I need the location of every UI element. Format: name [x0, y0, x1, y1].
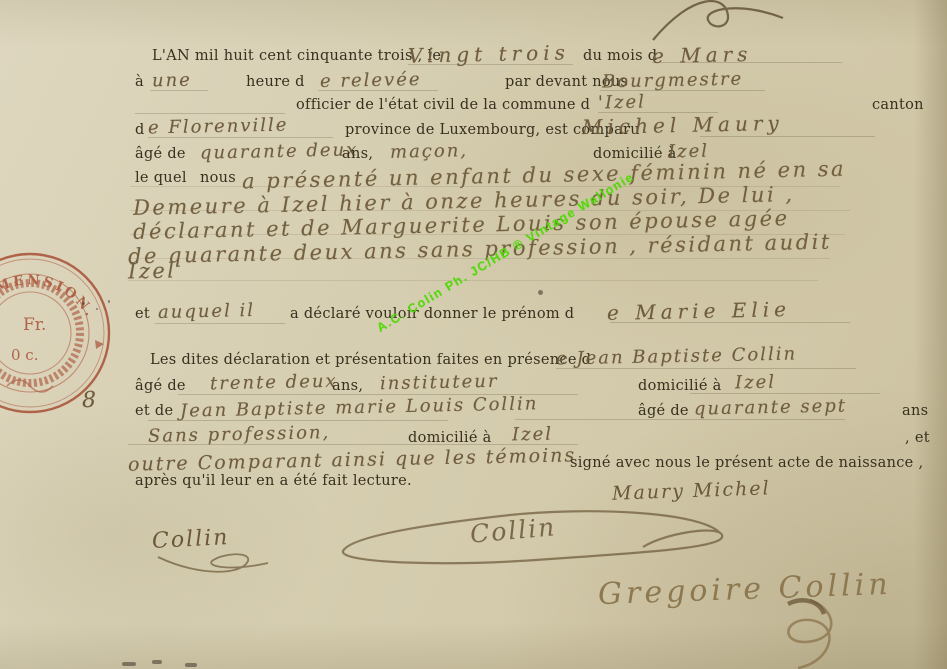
printed-d: d	[135, 122, 145, 138]
entry-officer-title: Bourgmestre	[602, 69, 744, 93]
entry-commune: 'Izel	[598, 92, 646, 114]
entry-witness2-age: quarante sept	[694, 395, 847, 419]
entry-father-profession: maçon,	[390, 140, 468, 163]
paraph-mark-icon	[648, 0, 818, 45]
entry-hour: une	[152, 70, 192, 92]
ink-speck	[122, 662, 136, 666]
entry-witness1-profession: instituteur	[380, 371, 499, 394]
printed-ans-2: ans,	[332, 378, 363, 394]
entry-father-name: Michel Maury	[582, 111, 784, 139]
blank-rule	[515, 419, 845, 420]
printed-domicilie-a-2: domicilié à	[638, 378, 722, 394]
entry-declaration-5: Izel	[128, 258, 177, 283]
printed-et-2: , et	[905, 430, 930, 446]
entry-child-name: e Marie Elie	[607, 297, 791, 325]
printed-commune-line: officier de l'état civil de la commune d	[296, 97, 590, 113]
signature-witness1-flourish	[150, 545, 280, 580]
ink-speck	[96, 308, 98, 310]
birth-certificate-document: L'AN mil huit cent cinquante trois , le …	[0, 0, 947, 669]
printed-heure-d: heure d	[246, 74, 305, 90]
stamp-value-cents: 0 c.	[11, 346, 38, 364]
printed-canton: canton	[872, 97, 924, 113]
printed-ans-3: ans	[902, 403, 928, 419]
printed-lequel: le quel	[135, 170, 187, 186]
signature-registrar-flourish	[748, 596, 868, 669]
printed-du-mois: du mois d	[583, 48, 657, 64]
blank-rule	[700, 136, 875, 137]
ink-speck	[82, 302, 85, 305]
entry-witness2-name: Jean Baptiste marie Louis Collin	[180, 393, 539, 422]
ink-speck	[538, 290, 543, 295]
printed-ans: ans,	[342, 146, 373, 162]
margin-number: 8	[82, 388, 99, 413]
entry-witness1-name: e Jean Baptiste Collin	[556, 343, 797, 369]
printed-et-de: et de	[135, 403, 173, 419]
entry-day: Vingt trois	[408, 40, 570, 67]
entry-witness2-residence: Izel	[512, 424, 553, 446]
printed-prenom-line: a déclaré vouloir donner le prénom d	[290, 306, 574, 322]
printed-nous: nous	[200, 170, 236, 186]
printed-witness-intro: Les dites déclaration et présentation fa…	[150, 352, 591, 368]
printed-signe-line: signé avec nous le présent acte de naiss…	[570, 455, 923, 471]
ink-speck	[185, 663, 197, 667]
entry-hour-period: e relevée	[320, 69, 422, 92]
printed-lecture-line: après qu'il leur en a été fait lecture.	[135, 473, 412, 489]
entry-father-age: quarante deux	[200, 139, 359, 163]
printed-age-de: âgé de	[135, 146, 186, 162]
printed-age-de-2: âgé de	[135, 378, 186, 394]
printed-et: et	[135, 306, 150, 322]
blank-rule	[135, 113, 285, 114]
blank-rule	[155, 323, 285, 324]
printed-age-de-3: âgé de	[638, 403, 689, 419]
stamp-value-francs: Fr.	[23, 315, 46, 335]
printed-a: à	[135, 74, 144, 90]
entry-canton-name: e Florenville	[148, 115, 289, 139]
ink-speck	[108, 300, 110, 303]
entry-auquel: auquel il	[158, 300, 256, 323]
entry-witness1-age: trente deux	[210, 371, 338, 395]
signature-officer: Maury Michel	[612, 477, 771, 505]
entry-month: e Mars	[652, 42, 753, 68]
printed-domicilie-a-3: domicilié à	[408, 430, 492, 446]
signature-witness2-flourish	[325, 505, 745, 580]
entry-closing: outre Comparant ainsi que les témoins	[128, 444, 577, 475]
entry-witness1-residence: Izel	[735, 372, 776, 394]
ruled-line	[128, 280, 818, 281]
entry-witness2-profession: Sans profession,	[148, 422, 331, 447]
ink-speck	[152, 660, 162, 664]
printed-year-line: L'AN mil huit cent cinquante trois , le	[152, 48, 441, 64]
